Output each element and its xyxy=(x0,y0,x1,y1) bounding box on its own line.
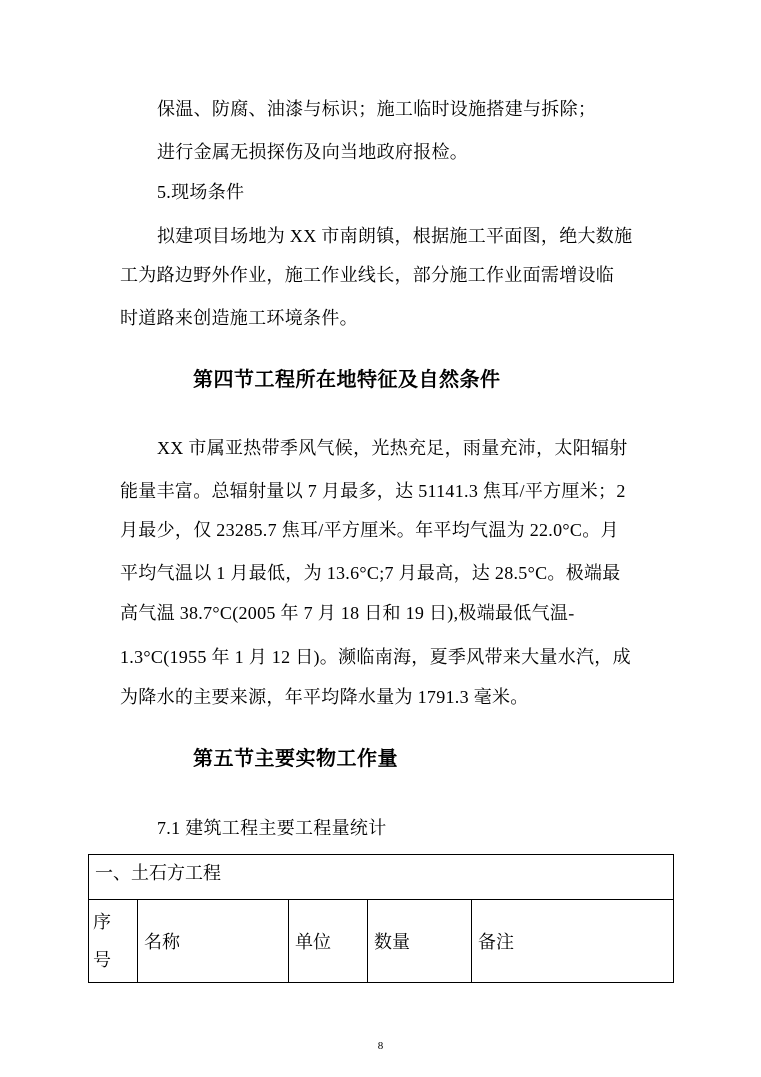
paragraph-line: 进行金属无损探伤及向当地政府报检。 xyxy=(157,141,468,163)
paragraph-line: 1.3°C(1955 年 1 月 12 日)。濒临南海，夏季风带来大量水汽，成 xyxy=(120,646,631,668)
paragraph-line: 工为路边野外作业，施工作业线长，部分施工作业面需增设临 xyxy=(120,264,614,286)
paragraph-line: 月最少，仅 23285.7 焦耳/平方厘米。年平均气温为 22.0°C。月 xyxy=(120,519,619,541)
header-seq: 序 号 xyxy=(89,900,138,983)
header-remarks: 备注 xyxy=(472,900,674,983)
paragraph-line: XX 市属亚热带季风气候，光热充足，雨量充沛，太阳辐射 xyxy=(157,437,628,459)
header-seq-line2: 号 xyxy=(93,941,137,979)
table-header-row: 序 号 名称 单位 数量 备注 xyxy=(89,900,674,983)
page-number: 8 xyxy=(0,1040,761,1052)
paragraph-line: 保温、防腐、油漆与标识；施工临时设施搭建与拆除； xyxy=(157,98,596,120)
table-section-label: 一、土石方工程 xyxy=(89,855,674,900)
subsection-heading: 5.现场条件 xyxy=(157,181,244,203)
section-title: 第四节工程所在地特征及自然条件 xyxy=(193,367,501,391)
paragraph-line: 时道路来创造施工环境条件。 xyxy=(120,307,358,329)
section-title: 第五节主要实物工作量 xyxy=(193,746,398,770)
table-caption: 7.1 建筑工程主要工程量统计 xyxy=(157,817,387,839)
header-unit: 单位 xyxy=(289,900,368,983)
paragraph-line: 为降水的主要来源，年平均降水量为 1791.3 毫米。 xyxy=(120,686,529,708)
paragraph-line: 拟建项目场地为 XX 市南朗镇，根据施工平面图，绝大数施 xyxy=(157,225,632,247)
header-name: 名称 xyxy=(138,900,289,983)
paragraph-line: 平均气温以 1 月最低，为 13.6°C;7 月最高，达 28.5°C。极端最 xyxy=(120,562,621,584)
header-quantity: 数量 xyxy=(368,900,472,983)
paragraph-line: 高气温 38.7°C(2005 年 7 月 18 日和 19 日),极端最低气温… xyxy=(120,602,575,624)
document-page: 保温、防腐、油漆与标识；施工临时设施搭建与拆除； 进行金属无损探伤及向当地政府报… xyxy=(0,0,761,1077)
quantity-table: 一、土石方工程 序 号 名称 单位 数量 备注 xyxy=(88,854,674,983)
paragraph-line: 能量丰富。总辐射量以 7 月最多，达 51141.3 焦耳/平方厘米；2 xyxy=(120,480,626,502)
header-seq-line1: 序 xyxy=(93,903,137,941)
